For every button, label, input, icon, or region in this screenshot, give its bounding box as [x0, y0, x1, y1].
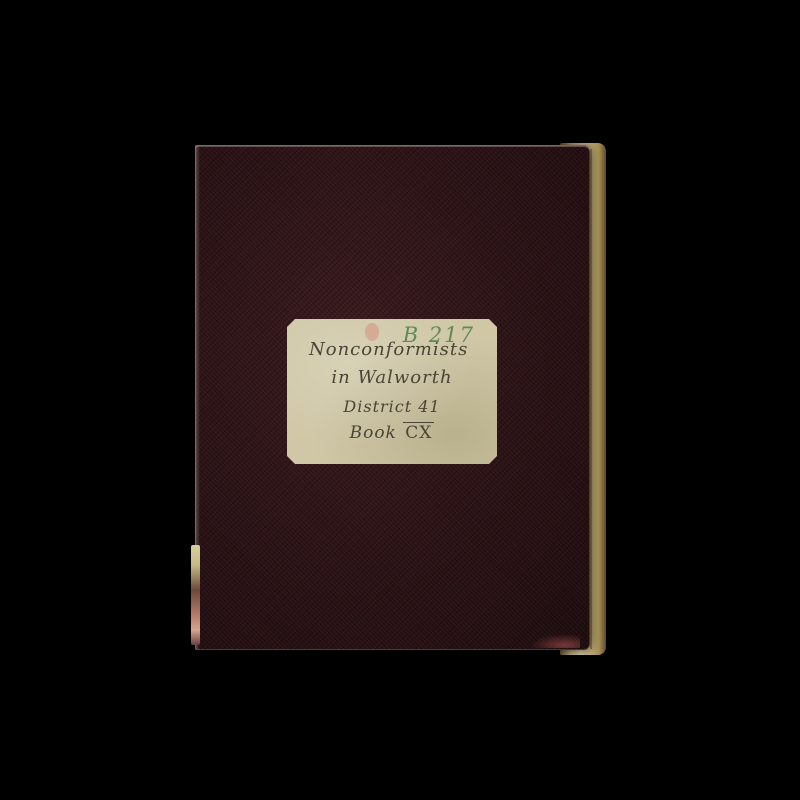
- label-book-prefix: Book: [350, 423, 397, 443]
- spine-wear-mark: [191, 545, 200, 645]
- corner-wear-mark: [530, 634, 580, 648]
- photo-stage: B 217 Nonconformists in Walworth Distric…: [0, 0, 800, 800]
- label-book-number: CX: [403, 422, 434, 443]
- label-book-line: Book CX: [287, 423, 497, 443]
- label-district-line: District 41: [287, 397, 497, 416]
- label-location-line: in Walworth: [287, 367, 497, 388]
- label-title-line: Nonconformists: [309, 339, 519, 360]
- cover-label: B 217 Nonconformists in Walworth Distric…: [287, 319, 497, 464]
